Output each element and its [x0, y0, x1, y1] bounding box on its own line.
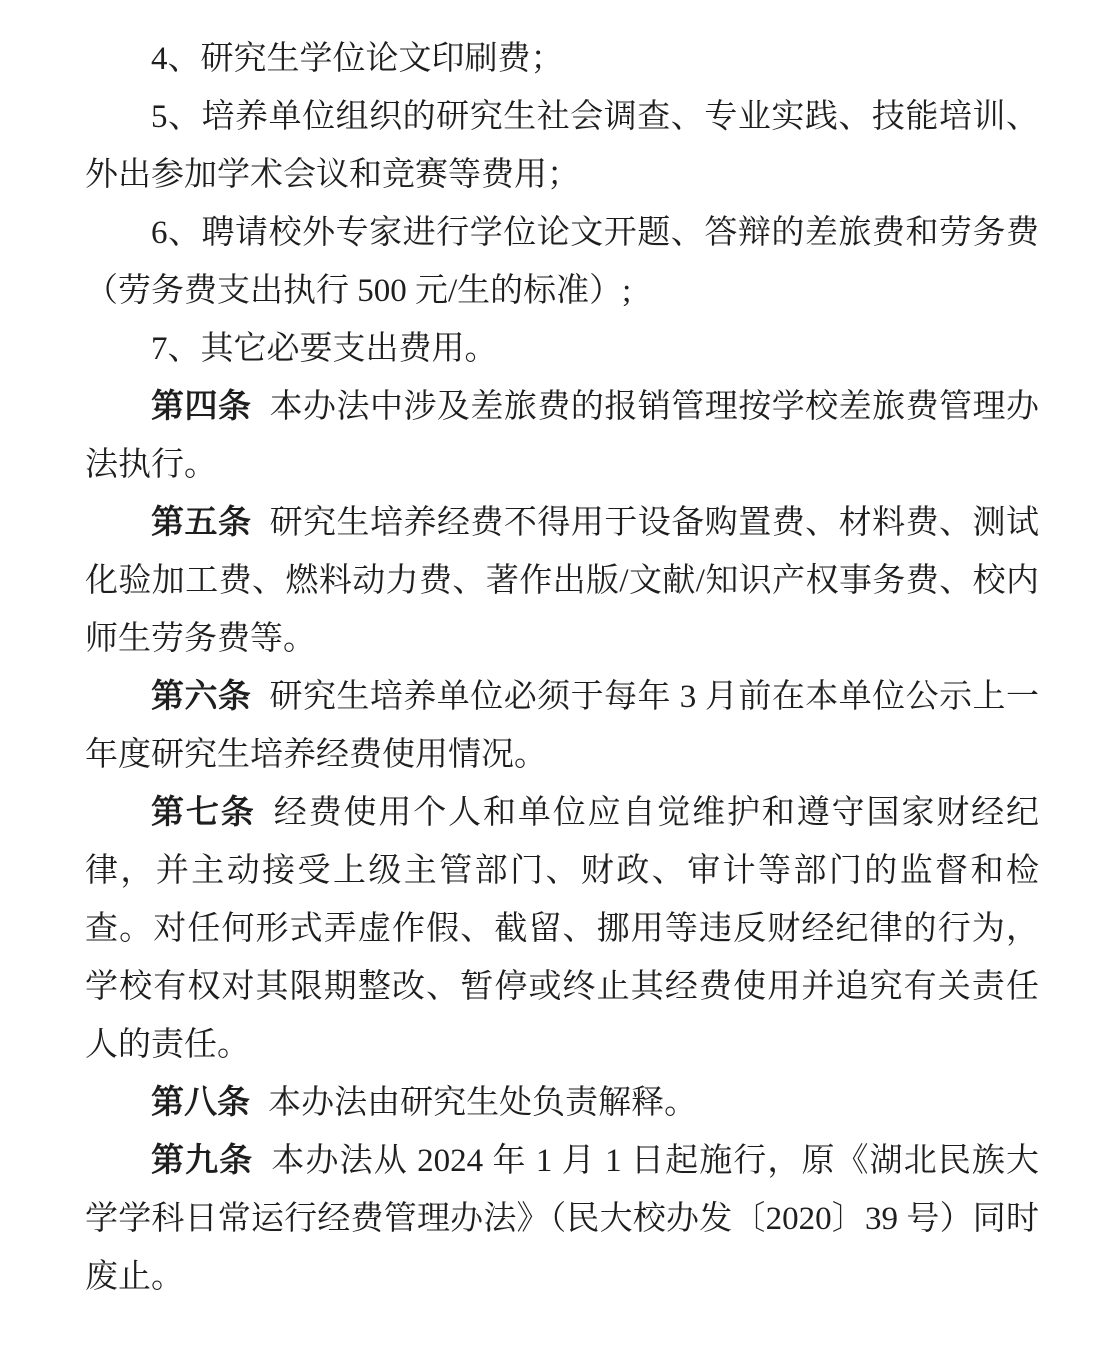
paragraph: 5、培养单位组织的研究生社会调查、专业实践、技能培训、外出参加学术会议和竞赛等费… [85, 88, 1039, 204]
paragraph: 4、研究生学位论文印刷费； [85, 30, 1039, 88]
paragraph-text: 7、其它必要支出费用。 [151, 331, 498, 367]
paragraph-text: 5、培养单位组织的研究生社会调查、专业实践、技能培训、外出参加学术会议和竞赛等费… [85, 99, 1039, 193]
paragraph-text: 本办法由研究生处负责解释。 [268, 1085, 697, 1121]
paragraph: 第九条本办法从 2024 年 1 月 1 日起施行，原《湖北民族大学学科日常运行… [85, 1132, 1039, 1306]
paragraph: 第八条本办法由研究生处负责解释。 [85, 1074, 1039, 1132]
paragraph: 第五条研究生培养经费不得用于设备购置费、材料费、测试化验加工费、燃料动力费、著作… [85, 494, 1039, 668]
paragraph-text: 6、聘请校外专家进行学位论文开题、答辩的差旅费和劳务费（劳务费支出执行 500 … [85, 215, 1039, 309]
article-number: 第八条 [151, 1085, 250, 1121]
document-page: 4、研究生学位论文印刷费； 5、培养单位组织的研究生社会调查、专业实践、技能培训… [0, 0, 1099, 1346]
document-content: 4、研究生学位论文印刷费； 5、培养单位组织的研究生社会调查、专业实践、技能培训… [85, 30, 1039, 1306]
paragraph: 第四条本办法中涉及差旅费的报销管理按学校差旅费管理办法执行。 [85, 378, 1039, 494]
paragraph-text: 经费使用个人和单位应自觉维护和遵守国家财经纪律，并主动接受上级主管部门、财政、审… [85, 795, 1039, 1063]
article-number: 第六条 [151, 679, 251, 715]
article-number: 第七条 [151, 795, 256, 831]
article-number: 第四条 [151, 389, 251, 425]
paragraph: 第七条经费使用个人和单位应自觉维护和遵守国家财经纪律，并主动接受上级主管部门、财… [85, 784, 1039, 1074]
paragraph: 7、其它必要支出费用。 [85, 320, 1039, 378]
paragraph-text: 4、研究生学位论文印刷费； [151, 41, 564, 77]
article-number: 第九条 [151, 1143, 253, 1179]
paragraph: 第六条研究生培养单位必须于每年 3 月前在本单位公示上一年度研究生培养经费使用情… [85, 668, 1039, 784]
paragraph: 6、聘请校外专家进行学位论文开题、答辩的差旅费和劳务费（劳务费支出执行 500 … [85, 204, 1039, 320]
article-number: 第五条 [151, 505, 251, 541]
